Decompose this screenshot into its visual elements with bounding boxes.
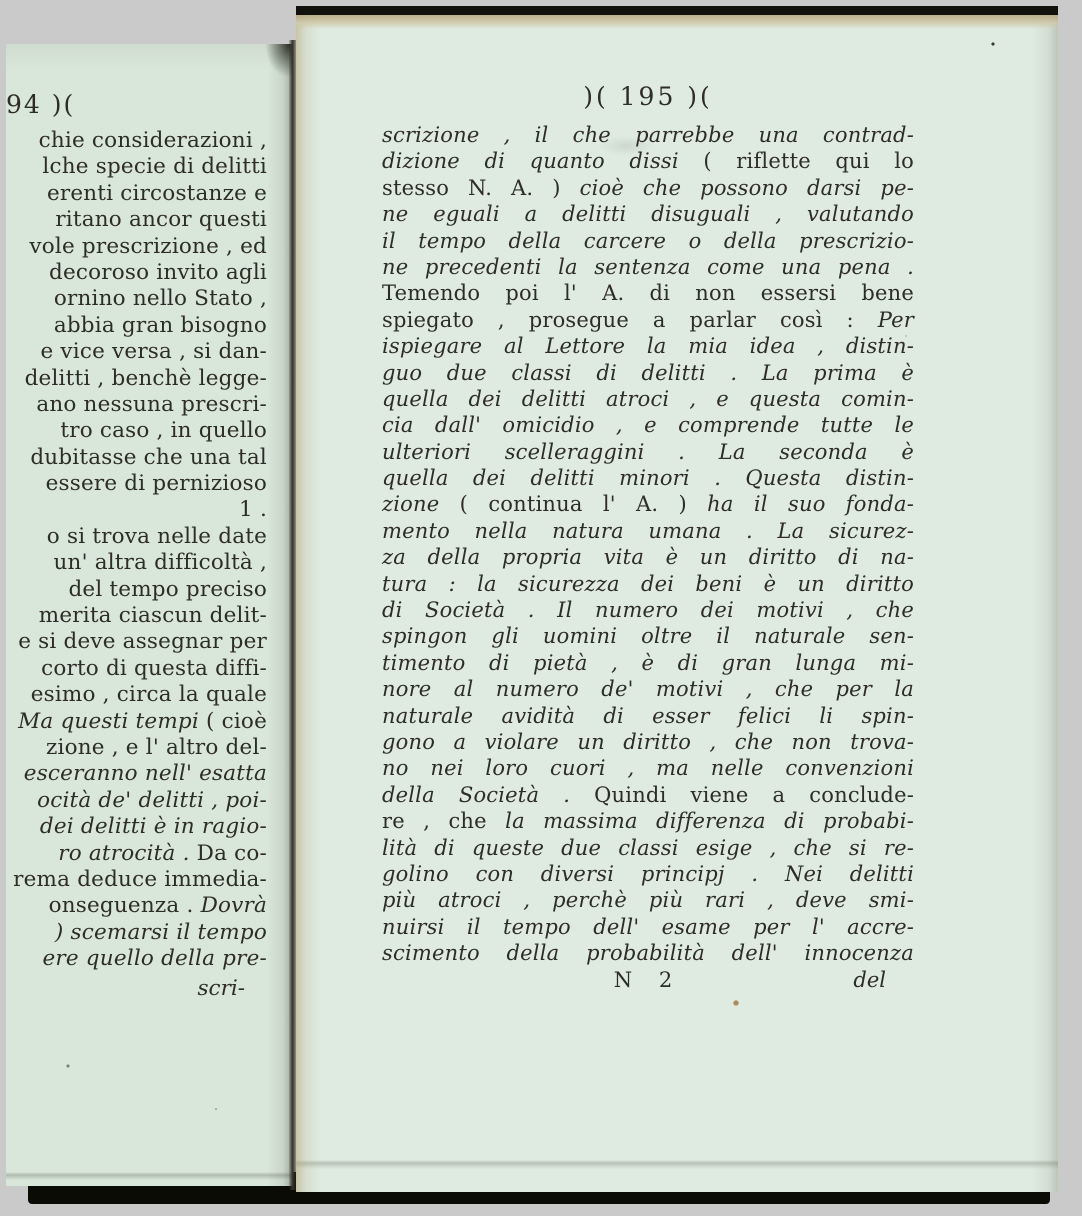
text-line: 1 .	[6, 497, 267, 523]
italic-text-segment: Dovrà	[201, 893, 267, 918]
text-line: più atroci , perchè più rari , deve smi-	[382, 887, 914, 913]
italic-text-segment: ha il suo fonda-	[707, 492, 914, 516]
text-line: nuirsi il tempo dell' esame per l' accre…	[382, 914, 914, 940]
text-line: dei delitti è in ragio-	[6, 814, 267, 840]
text-line: timento di pietà , è di gran lunga mi-	[382, 650, 914, 676]
roman-text-segment: onseguenza .	[49, 893, 201, 918]
italic-text-segment: dei delitti è in ragio-	[40, 814, 267, 839]
roman-text-segment: ( riflette qui lo	[703, 149, 914, 173]
roman-text-segment: o si trova nelle date	[47, 524, 267, 549]
text-line: erenti circostanze e	[6, 181, 267, 207]
italic-text-segment: ne precedenti la sentenza come una pena …	[382, 255, 914, 279]
left-page-catchword: scri-	[198, 976, 246, 1001]
text-line: o si trova nelle date	[6, 524, 267, 550]
text-line: lche specie di delitti	[6, 154, 267, 180]
text-line: il tempo della carcere o della prescrizi…	[382, 228, 914, 254]
roman-text-segment: tro caso , in quello	[60, 418, 267, 443]
text-line: ornino nello Stato ,	[6, 286, 267, 312]
italic-text-segment: ulteriori scelleraggini . La seconda è	[382, 440, 914, 464]
text-line: vole prescrizione , ed	[6, 234, 267, 260]
italic-text-segment: ere quello della pre-	[42, 946, 267, 971]
text-line: zione ( continua l' A. ) ha il suo fonda…	[382, 491, 914, 517]
text-line: ano nessuna prescri-	[6, 392, 267, 418]
italic-text-segment: naturale avidità di esser felici li spin…	[382, 704, 914, 728]
text-line: dubitasse che una tal	[6, 445, 267, 471]
text-line: no nei loro cuori , ma nelle convenzioni	[382, 755, 914, 781]
roman-text-segment: del tempo preciso	[68, 577, 267, 602]
roman-text-segment: re , che	[382, 809, 505, 833]
text-line: spingon gli uomini oltre il naturale sen…	[382, 623, 914, 649]
italic-text-segment: cia dall' omicidio , e comprende tutte l…	[382, 413, 914, 437]
roman-text-segment: chie considerazioni ,	[39, 128, 267, 153]
text-line: re , che la massima differenza di probab…	[382, 808, 914, 834]
text-line: ritano ancor questi	[6, 207, 267, 233]
text-line: un' altra difficoltà ,	[6, 550, 267, 576]
italic-text-segment: ocità de' delitti , poi-	[37, 788, 267, 813]
page-top-deckle-edge	[296, 15, 1058, 29]
italic-text-segment: il tempo della carcere o della prescrizi…	[382, 229, 914, 253]
italic-text-segment: esceranno nell' esatta	[24, 761, 267, 786]
italic-text-segment: tura : la sicurezza dei beni è un diritt…	[382, 572, 914, 596]
roman-text-segment: rema deduce immedia-	[13, 867, 267, 892]
italic-text-segment: Per	[878, 308, 914, 332]
italic-text-segment: lità di queste due classi esige , che si…	[382, 836, 914, 860]
gathering-signature: N 2	[614, 968, 682, 992]
italic-text-segment: quella dei delitti atroci , e questa com…	[382, 387, 914, 411]
right-page: )( 195 )( scrizione , il che parrebbe un…	[296, 6, 1058, 1192]
text-line: tura : la sicurezza dei beni è un diritt…	[382, 571, 914, 597]
text-line: stesso N. A. ) cioè che possono darsi pe…	[382, 175, 914, 201]
roman-text-segment: stesso N. A. )	[382, 176, 580, 200]
signature-line: N 2 del	[382, 968, 914, 995]
text-line: scrizione , il che parrebbe una contrad-	[382, 122, 914, 148]
text-line: decoroso invito agli	[6, 260, 267, 286]
right-page-catchword: del	[853, 968, 886, 992]
text-line: essere di pernizioso	[6, 471, 267, 497]
text-line: esimo , circa la quale	[6, 682, 267, 708]
italic-text-segment: guo due classi di delitti . La prima è	[382, 361, 914, 385]
text-line: nore al numero de' motivi , che per la	[382, 676, 914, 702]
roman-text-segment: e si deve assegnar per	[18, 629, 267, 654]
roman-text-segment: ( continua l' A. )	[460, 492, 708, 516]
italic-text-segment: dizione di quanto dissi	[382, 149, 703, 173]
italic-text-segment: ispiegare al Lettore la mia idea , disti…	[382, 334, 914, 358]
roman-text-segment: Quindi viene a conclude-	[594, 783, 914, 807]
text-line: ulteriori scelleraggini . La seconda è	[382, 439, 914, 465]
left-page-number: 94 )(	[6, 90, 75, 119]
italic-text-segment: no nei loro cuori , ma nelle convenzioni	[382, 756, 914, 780]
text-line: mento nella natura umana . La sicurez-	[382, 518, 914, 544]
italic-text-segment: mento nella natura umana . La sicurez-	[382, 519, 914, 543]
text-line: esceranno nell' esatta	[6, 761, 267, 787]
roman-text-segment: decoroso invito agli	[49, 260, 267, 285]
italic-text-segment: gono a violare un diritto , che non trov…	[382, 730, 914, 754]
roman-text-segment: ornino nello Stato ,	[54, 286, 267, 311]
text-line: e si deve assegnar per	[6, 629, 267, 655]
text-line: merita ciascun delit-	[6, 603, 267, 629]
text-line: ) scemarsi il tempo	[6, 920, 267, 946]
italic-text-segment: ne eguali a delitti disuguali , valutand…	[382, 202, 914, 226]
italic-text-segment: nuirsi il tempo dell' esame per l' accre…	[382, 915, 914, 939]
text-line: ro atrocità . Da co-	[6, 841, 267, 867]
roman-text-segment: esimo , circa la quale	[31, 682, 267, 707]
roman-text-segment: delitti , benchè legge-	[25, 366, 267, 391]
italic-text-segment: nore al numero de' motivi , che per la	[382, 677, 914, 701]
text-line: e vice versa , si dan-	[6, 339, 267, 365]
text-line: onseguenza . Dovrà	[6, 893, 267, 919]
roman-text-segment: ano nessuna prescri-	[36, 392, 267, 417]
text-line: del tempo preciso	[6, 577, 267, 603]
text-line: ne eguali a delitti disuguali , valutand…	[382, 201, 914, 227]
text-line: ispiegare al Lettore la mia idea , disti…	[382, 333, 914, 359]
text-line: naturale avidità di esser felici li spin…	[382, 703, 914, 729]
text-line: quella dei delitti minori . Questa disti…	[382, 465, 914, 491]
left-page-text-column: chie considerazioni ,lche specie di deli…	[6, 128, 267, 973]
right-page-text-column: scrizione , il che parrebbe una contrad-…	[382, 122, 914, 967]
roman-text-segment: dubitasse che una tal	[30, 445, 267, 470]
text-line: zione , e l' altro del-	[6, 735, 267, 761]
text-line: dizione di quanto dissi ( riflette qui l…	[382, 148, 914, 174]
roman-text-segment: erenti circostanze e	[47, 181, 267, 206]
italic-text-segment: spingon gli uomini oltre il naturale sen…	[382, 624, 914, 648]
roman-text-segment: essere di pernizioso	[46, 471, 267, 496]
italic-text-segment: ) scemarsi il tempo	[55, 920, 267, 945]
roman-text-segment: corto di questa diffi-	[41, 656, 267, 681]
roman-text-segment: lche specie di delitti	[42, 154, 267, 179]
italic-text-segment: scimento della probabilità dell' innocen…	[382, 941, 914, 965]
roman-text-segment: vole prescrizione , ed	[29, 234, 267, 259]
text-line: chie considerazioni ,	[6, 128, 267, 154]
italic-text-segment: della Società .	[382, 783, 594, 807]
text-line: golino con diversi principj . Nei delitt…	[382, 861, 914, 887]
roman-text-segment: zione , e l' altro del-	[46, 735, 267, 760]
text-line: Temendo poi l' A. di non essersi bene	[382, 280, 914, 306]
text-line: scimento della probabilità dell' innocen…	[382, 940, 914, 966]
text-line: guo due classi di delitti . La prima è	[382, 360, 914, 386]
roman-text-segment: ( cioè	[206, 709, 267, 734]
roman-text-segment: Temendo poi l' A. di non essersi bene	[382, 281, 914, 305]
text-line: lità di queste due classi esige , che si…	[382, 835, 914, 861]
italic-text-segment: Ma questi tempi	[18, 709, 206, 734]
italic-text-segment: golino con diversi principj . Nei delitt…	[382, 862, 914, 886]
italic-text-segment: quella dei delitti minori . Questa disti…	[382, 466, 914, 490]
italic-text-segment: cioè che possono darsi pe-	[580, 176, 914, 200]
roman-text-segment: e vice versa , si dan-	[40, 339, 267, 364]
text-line: ne precedenti la sentenza come una pena …	[382, 254, 914, 280]
italic-text-segment: ro atrocità .	[58, 841, 196, 866]
text-line: ere quello della pre-	[6, 946, 267, 972]
text-line: quella dei delitti atroci , e questa com…	[382, 386, 914, 412]
italic-text-segment: timento di pietà , è di gran lunga mi-	[382, 651, 914, 675]
italic-text-segment: la massima differenza di probabi-	[505, 809, 914, 833]
roman-text-segment: Da co-	[197, 841, 267, 866]
left-page: 94 )( chie considerazioni ,lche specie d…	[6, 44, 293, 1186]
italic-text-segment: di Società . Il numero dei motivi , che	[382, 598, 914, 622]
roman-text-segment: un' altra difficoltà ,	[53, 550, 267, 575]
book-scan-scene: 94 )( chie considerazioni ,lche specie d…	[0, 0, 1082, 1216]
text-line: spiegato , prosegue a parlar così : Per	[382, 307, 914, 333]
roman-text-segment: 1 .	[239, 497, 267, 522]
text-line: cia dall' omicidio , e comprende tutte l…	[382, 412, 914, 438]
italic-text-segment: scrizione , il che parrebbe una contrad-	[382, 123, 914, 147]
text-line: rema deduce immedia-	[6, 867, 267, 893]
page-top-edge-shadow	[296, 6, 1058, 15]
text-line: di Società . Il numero dei motivi , che	[382, 597, 914, 623]
italic-text-segment: zione	[382, 492, 460, 516]
italic-text-segment: più atroci , perchè più rari , deve smi-	[382, 888, 914, 912]
text-line: della Società . Quindi viene a conclude-	[382, 782, 914, 808]
text-line: corto di questa diffi-	[6, 656, 267, 682]
roman-text-segment: abbia gran bisogno	[54, 313, 267, 338]
roman-text-segment: merita ciascun delit-	[39, 603, 267, 628]
text-line: za della propria vita è un diritto di na…	[382, 544, 914, 570]
text-line: Ma questi tempi ( cioè	[6, 709, 267, 735]
text-line: abbia gran bisogno	[6, 313, 267, 339]
roman-text-segment: spiegato , prosegue a parlar così :	[382, 308, 878, 332]
roman-text-segment: ritano ancor questi	[55, 207, 267, 232]
text-line: ocità de' delitti , poi-	[6, 788, 267, 814]
italic-text-segment: za della propria vita è un diritto di na…	[382, 545, 914, 569]
text-line: delitti , benchè legge-	[6, 366, 267, 392]
text-line: tro caso , in quello	[6, 418, 267, 444]
right-page-number: )( 195 )(	[382, 82, 914, 111]
text-line: gono a violare un diritto , che non trov…	[382, 729, 914, 755]
